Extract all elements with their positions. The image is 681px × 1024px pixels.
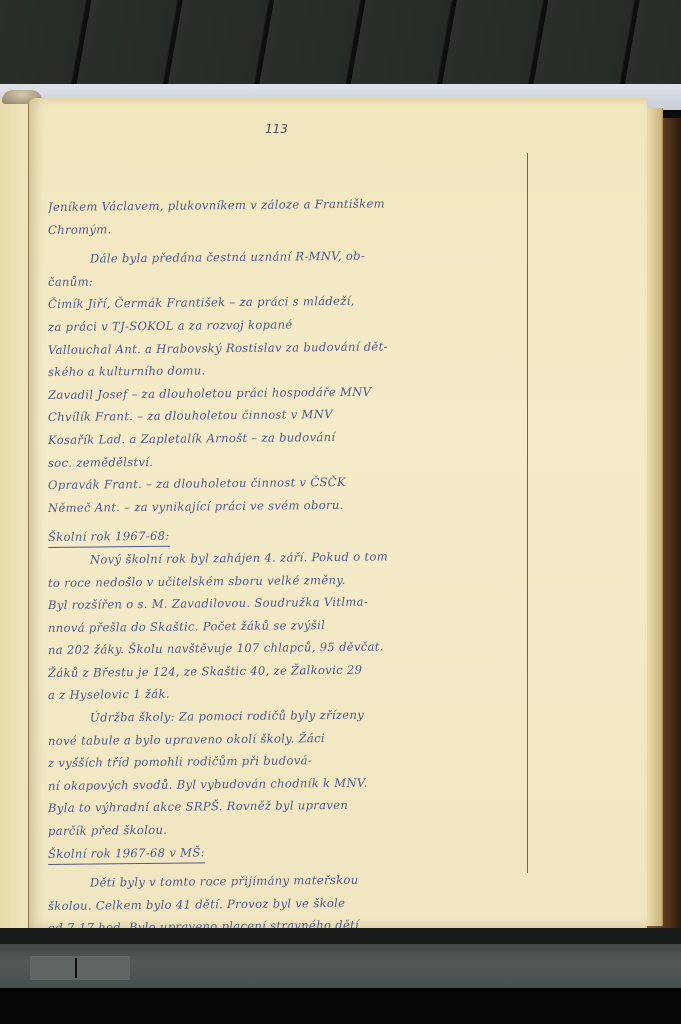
background-slats xyxy=(0,0,681,86)
heading-text: Školní rok 1967-68 v MŠ: xyxy=(48,842,205,865)
rail-tab-marker xyxy=(75,958,77,978)
section-heading-ms-1967-68: Školní rok 1967-68 v MŠ: xyxy=(48,838,528,866)
rail-tab xyxy=(30,956,130,980)
background-bottom xyxy=(0,988,681,1024)
text-line: Němeč Ant. – za vynikající práci ve svém… xyxy=(48,492,528,520)
left-page-edge xyxy=(0,98,30,934)
page-number: 113 xyxy=(265,122,288,136)
heading-text: Školní rok 1967-68: xyxy=(48,526,170,548)
handwritten-text-block: Jeníkem Václavem, plukovníkem v záloze a… xyxy=(48,196,528,1008)
text-line: Chromým. xyxy=(48,214,528,242)
page-bottom-shadow xyxy=(0,928,681,944)
